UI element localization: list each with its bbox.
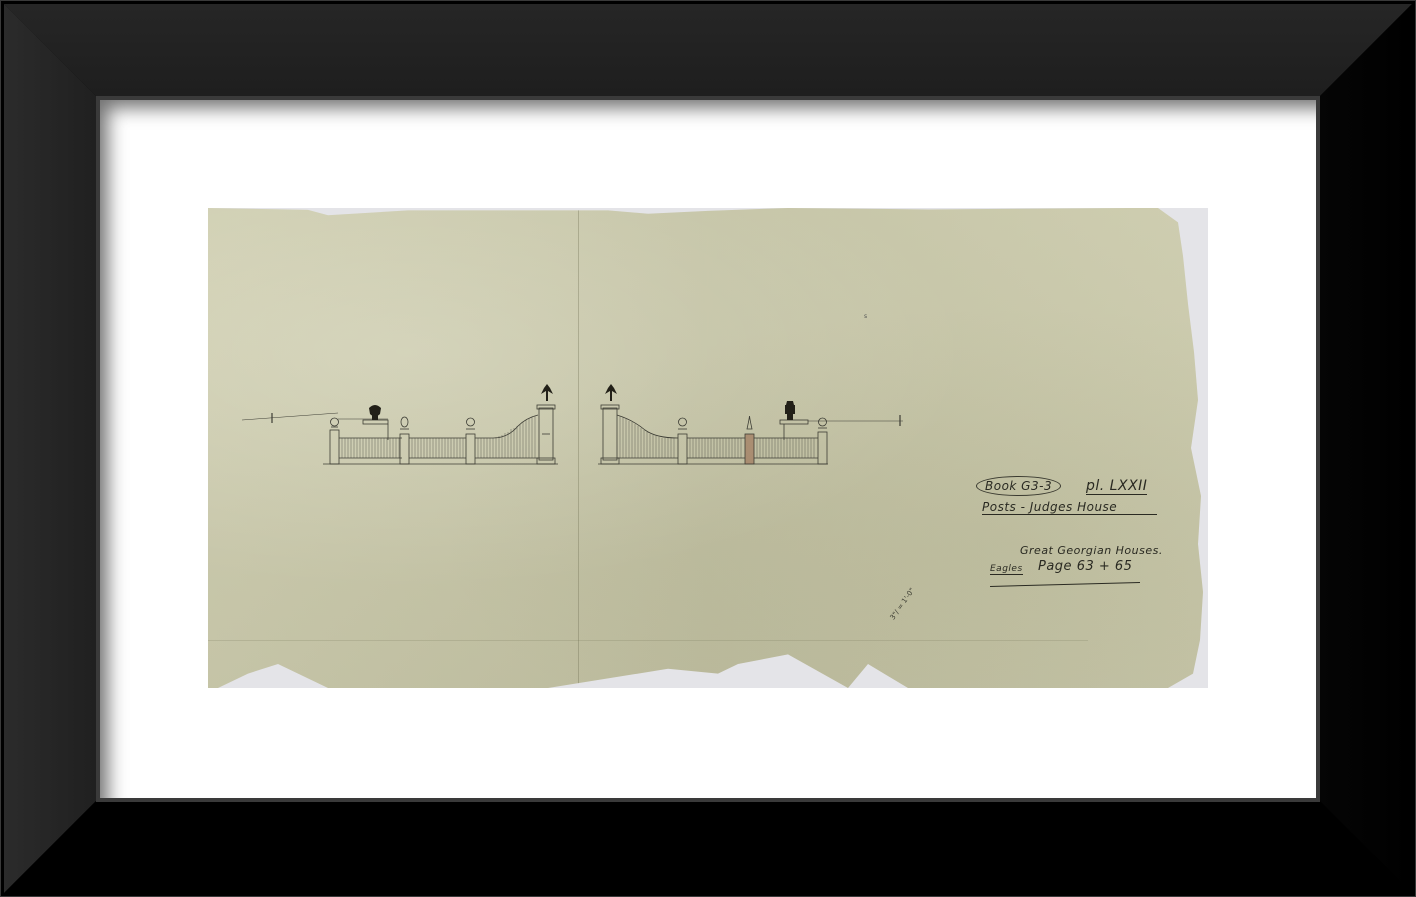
balusters-right-3 [757,438,814,458]
page-reference: Page 63 + 65 [1038,559,1132,574]
frame-moulding-right [1320,4,1412,893]
artwork: s Book G3-3 pl. LXXII Posts - Judges Hou… [208,208,1208,688]
book-reference: Book G3-3 [976,476,1061,496]
gate-elevation-drawing [208,208,1208,688]
frame-moulding-bottom [4,801,1412,893]
eagle-finial-left [541,384,553,401]
balusters-left-1 [342,438,399,458]
tracing-paper: s Book G3-3 pl. LXXII Posts - Judges Hou… [208,208,1208,688]
faint-mark: s [864,313,867,320]
underline-rule [990,582,1140,587]
picture-frame: s Book G3-3 pl. LXXII Posts - Judges Hou… [0,0,1416,897]
left-gate [330,405,555,464]
frame-moulding-left [4,4,96,893]
source-title: Great Georgian Houses. [1020,544,1163,557]
posts-caption: Posts - Judges House [982,500,1157,515]
eagle-finial-right [605,384,617,401]
balusters-left-2 [412,438,463,458]
eagles-note: Eagles [990,564,1023,575]
handwritten-annotations: Book G3-3 pl. LXXII Posts - Judges House… [968,476,1168,606]
urn-finial-left [369,405,381,420]
frame-moulding-top [4,4,1412,96]
lamp-finial-right [785,401,795,420]
balusters-right-2 [690,438,741,458]
balusters-left-gate [478,416,535,458]
plate-reference: pl. LXXII [1086,478,1147,495]
